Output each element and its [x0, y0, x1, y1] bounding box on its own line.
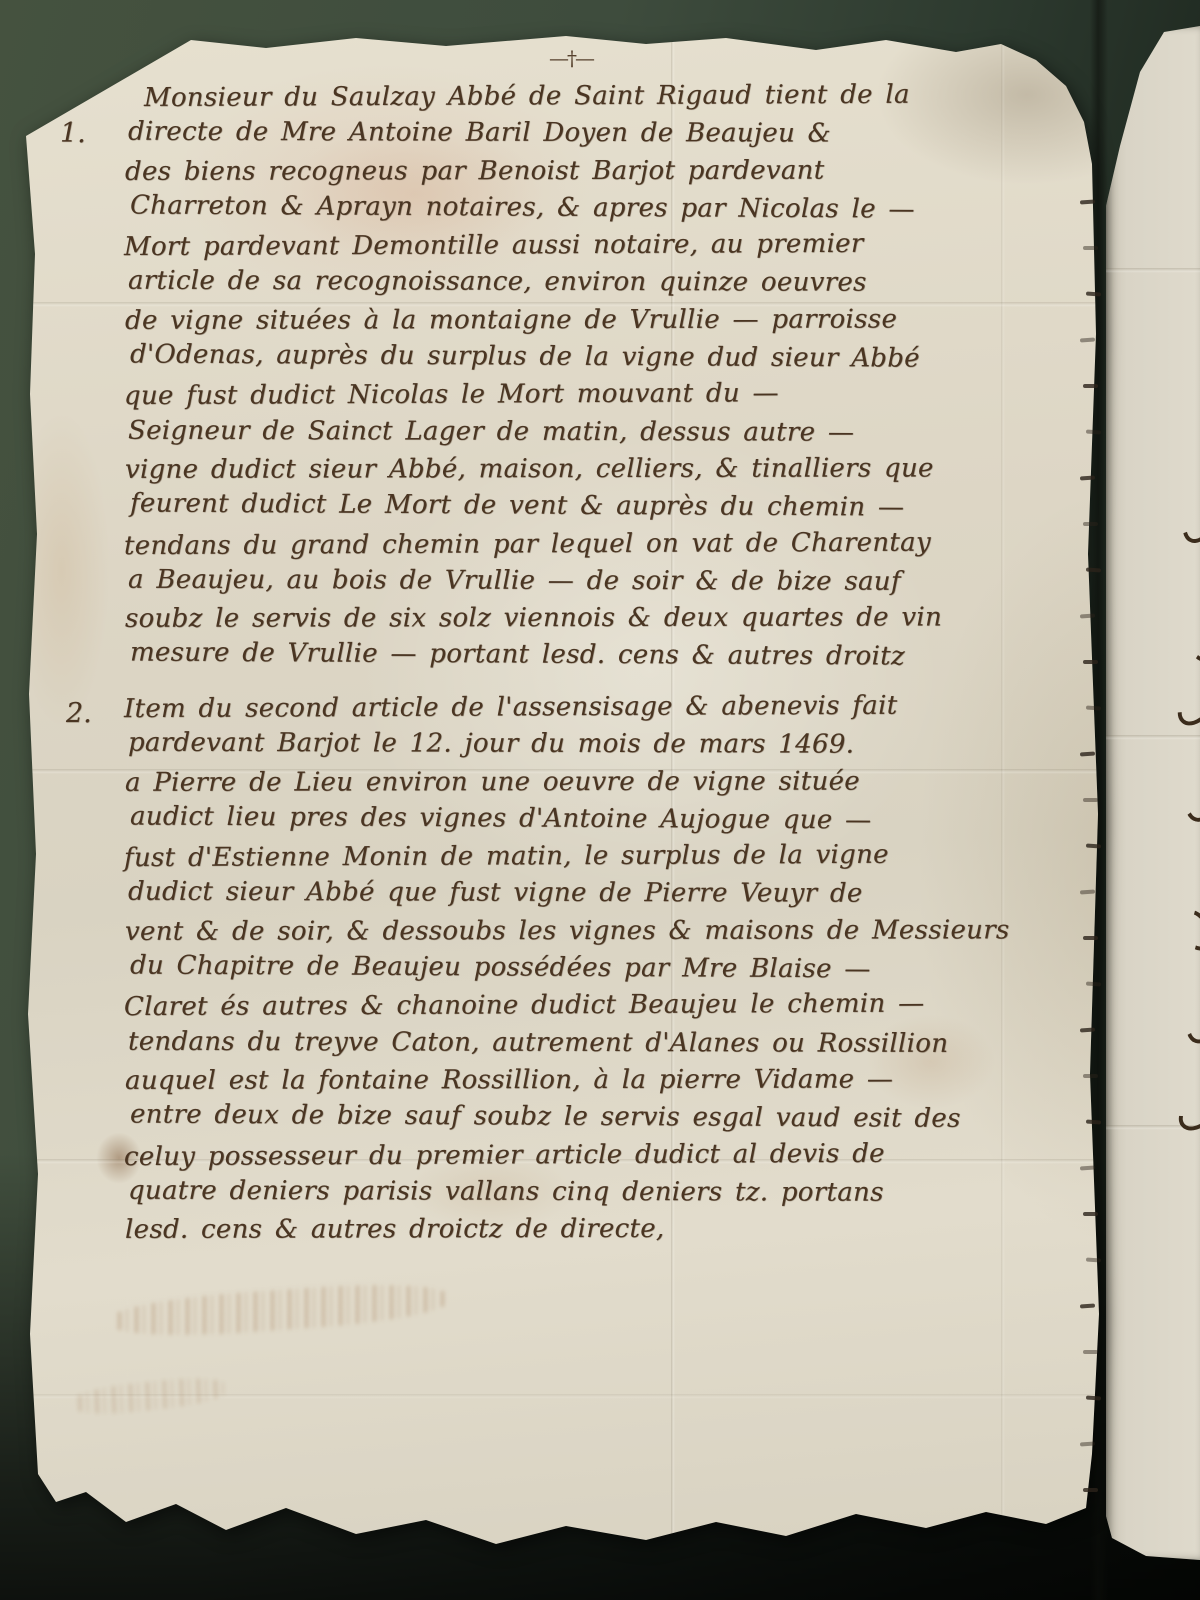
manuscript-line: du Chapitre de Beaujeu possédées par Mre…	[130, 948, 1089, 990]
manuscript-line: vigne dudict sieur Abbé, maison, cellier…	[125, 450, 1089, 489]
manuscript-line: tendans du treyve Caton, autrement d'Ala…	[128, 1023, 1089, 1063]
manuscript-line: Seigneur de Sainct Lager de matin, dessu…	[128, 412, 1089, 452]
manuscript-line: quatre deniers parisis vallans cinq deni…	[128, 1173, 1089, 1213]
ink-showthrough	[111, 1278, 448, 1341]
manuscript-line: Claret és autres & chanoine dudict Beauj…	[124, 985, 1089, 1027]
manuscript-line: d'Odenas, auprès du surplus de la vigne …	[130, 337, 1089, 379]
manuscript-line: Item du second article de l'assensisage …	[124, 687, 1089, 729]
stitch-mark	[1083, 1212, 1098, 1216]
manuscript-line: tendans du grand chemin par lequel on va…	[124, 523, 1089, 565]
manuscript-line: directe de Mre Antoine Baril Doyen de Be…	[128, 114, 1089, 154]
manuscript-page: —†— 1. 2. Monsieur du Saulzay Abbé de Sa…	[26, 34, 1102, 1548]
stitch-mark	[1083, 1350, 1098, 1354]
manuscript-line: pardevant Barjot le 12. jour du mois de …	[128, 725, 1089, 765]
manuscript-line: Monsieur du Saulzay Abbé de Saint Rigaud…	[144, 76, 1089, 117]
stitch-mark	[1083, 1074, 1098, 1078]
manuscript-line: entre deux de bize sauf soubz le servis …	[130, 1097, 1089, 1139]
stitch-mark	[1083, 246, 1098, 250]
article-number-2: 2.	[66, 698, 92, 729]
ink-showthrough	[71, 1374, 228, 1418]
stitch-mark	[1083, 384, 1098, 388]
manuscript-line: feurent dudict Le Mort de vent & auprès …	[130, 486, 1089, 528]
manuscript-line: soubz le servis de six solz viennois & d…	[125, 599, 1089, 638]
cross-mark: —†—	[526, 46, 616, 70]
stitch-mark	[1083, 936, 1098, 940]
stitch-mark	[1083, 522, 1098, 526]
manuscript-line: que fust dudict Nicolas le Mort mouvant …	[124, 374, 1089, 416]
manuscript-line: de vigne situées à la montaigne de Vrull…	[125, 301, 1089, 340]
article-1-text: Monsieur du Saulzay Abbé de Saint Rigaud…	[124, 78, 1089, 675]
manuscript-line: des biens recogneus par Benoist Barjot p…	[125, 152, 1089, 191]
manuscript-line: a Pierre de Lieu environ une oeuvre de v…	[125, 763, 1089, 802]
stitch-mark	[1083, 1488, 1098, 1492]
manuscript-page-wrap: —†— 1. 2. Monsieur du Saulzay Abbé de Sa…	[0, 0, 1200, 1600]
article-number-1: 1.	[60, 118, 86, 149]
manuscript-line: auquel est la fontaine Rossillion, à la …	[125, 1061, 1089, 1100]
manuscript-line: Mort pardevant Demontille aussi notaire,…	[124, 225, 1089, 267]
article-2-text: Item du second article de l'assensisage …	[124, 689, 1089, 1248]
stitch-mark	[1083, 798, 1098, 802]
manuscript-line: vent & de soir, & dessoubs les vignes & …	[125, 912, 1089, 951]
manuscript-line: celuy possesseur du premier article dudi…	[124, 1134, 1089, 1176]
photo-background: —†— 1. 2. Monsieur du Saulzay Abbé de Sa…	[0, 0, 1200, 1600]
manuscript-line: article de sa recognoissance, environ qu…	[128, 263, 1089, 303]
manuscript-line: mesure de Vrullie — portant lesd. cens &…	[130, 635, 1089, 677]
manuscript-line: Charreton & Aprayn notaires, & apres par…	[130, 187, 1089, 229]
manuscript-line: a Beaujeu, au bois de Vrullie — de soir …	[128, 562, 1089, 602]
stain	[14, 414, 109, 724]
manuscript-line: dudict sieur Abbé que fust vigne de Pier…	[128, 874, 1089, 914]
manuscript-line: audict lieu pres des vignes d'Antoine Au…	[130, 798, 1089, 840]
manuscript-line: fust d'Estienne Monin de matin, le surpl…	[124, 836, 1089, 878]
manuscript-line: lesd. cens & autres droictz de directe,	[125, 1210, 1089, 1249]
stitch-mark	[1083, 660, 1098, 664]
